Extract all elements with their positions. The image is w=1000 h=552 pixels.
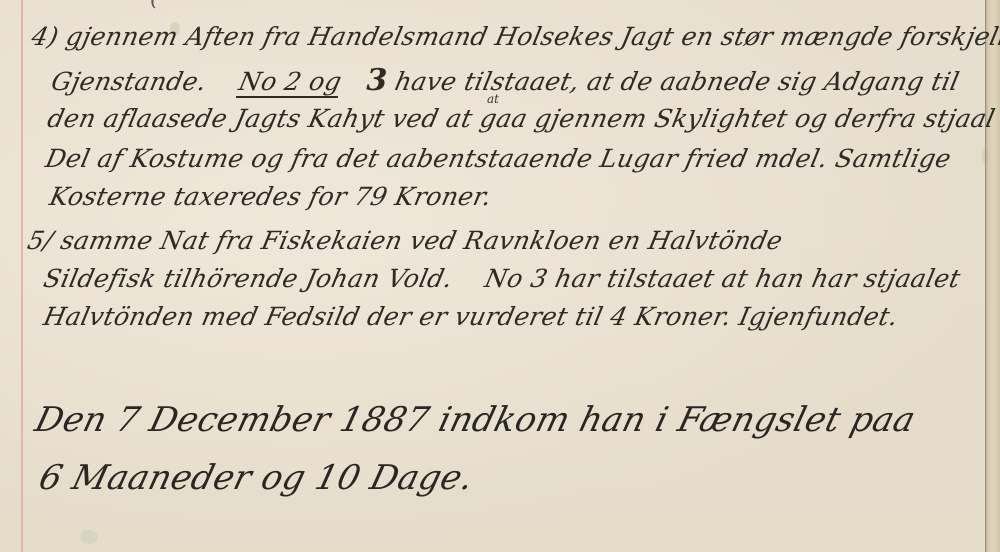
handwritten-text: gjennem Aften fra Handelsmand Holsekes J… bbox=[63, 22, 1000, 51]
document-page: ( 4) gjennem Aften fra Handelsmand Holse… bbox=[0, 0, 1000, 552]
entry-number: 4) bbox=[29, 22, 61, 51]
paper-stain bbox=[80, 530, 98, 544]
entry-4-line-1: 4) gjennem Aften fra Handelsmand Holseke… bbox=[29, 22, 1000, 51]
handwritten-text: Halvtönden med Fedsild der er vurderet t… bbox=[41, 302, 901, 331]
handwritten-text: Kosterne taxeredes for 79 Kroner. bbox=[47, 182, 494, 211]
top-text-fragment: ( bbox=[150, 0, 159, 11]
entry-5-line-3: Halvtönden med Fedsild der er vurderet t… bbox=[41, 302, 901, 331]
paper-stain bbox=[982, 148, 988, 164]
confession-reference: No 2 og bbox=[236, 67, 344, 96]
sentence-line-2: 6 Maaneder og 10 Dage. bbox=[35, 458, 478, 498]
confession-number: 3 bbox=[528, 264, 550, 293]
handwritten-text: Sildefisk tilhörende Johan Vold. bbox=[41, 264, 456, 293]
entry-4-line-4: Del af Kostume og fra det aabentstaaende… bbox=[43, 144, 954, 173]
handwritten-text: Del af Kostume og fra det aabentstaaende… bbox=[43, 144, 954, 173]
entry-4-line-2: Gjenstande. No 2 og 3 have tilstaaet, at… bbox=[48, 63, 963, 98]
page-edge bbox=[985, 0, 1000, 552]
handwritten-text: 6 Maaneder og 10 Dage. bbox=[35, 458, 478, 498]
sentence-line-1: Den 7 December 1887 indkom han i Fængsle… bbox=[31, 400, 919, 440]
handwritten-text: den aflaasede Jagts Kahyt ved at gaa gje… bbox=[45, 104, 1000, 133]
confession-number: 3 bbox=[362, 63, 391, 98]
margin-line bbox=[21, 0, 23, 552]
handwritten-text: aabnede sig Adgang til bbox=[658, 67, 962, 96]
handwritten-text: samme Nat fra Fiskekaien ved Ravnkloen e… bbox=[58, 226, 785, 255]
confession-reference: No bbox=[482, 264, 526, 293]
handwritten-text: Gjenstande. bbox=[49, 67, 210, 96]
handwritten-text: har tilstaaet at han har stjaalet bbox=[553, 264, 964, 293]
entry-5-line-2: Sildefisk tilhörende Johan Vold. No 3 ha… bbox=[41, 264, 963, 293]
entry-number: 5/ bbox=[25, 226, 56, 255]
entry-4-line-5: Kosterne taxeredes for 79 Kroner. bbox=[47, 182, 494, 211]
entry-5-line-1: 5/ samme Nat fra Fiskekaien ved Ravnkloe… bbox=[25, 226, 785, 255]
entry-4-line-3: den aflaasede Jagts Kahyt ved at gaa gje… bbox=[45, 104, 1000, 133]
handwritten-text: have tilstaaet, at de bbox=[392, 67, 655, 96]
handwritten-text: Den 7 December 1887 indkom han i Fængsle… bbox=[31, 400, 919, 440]
